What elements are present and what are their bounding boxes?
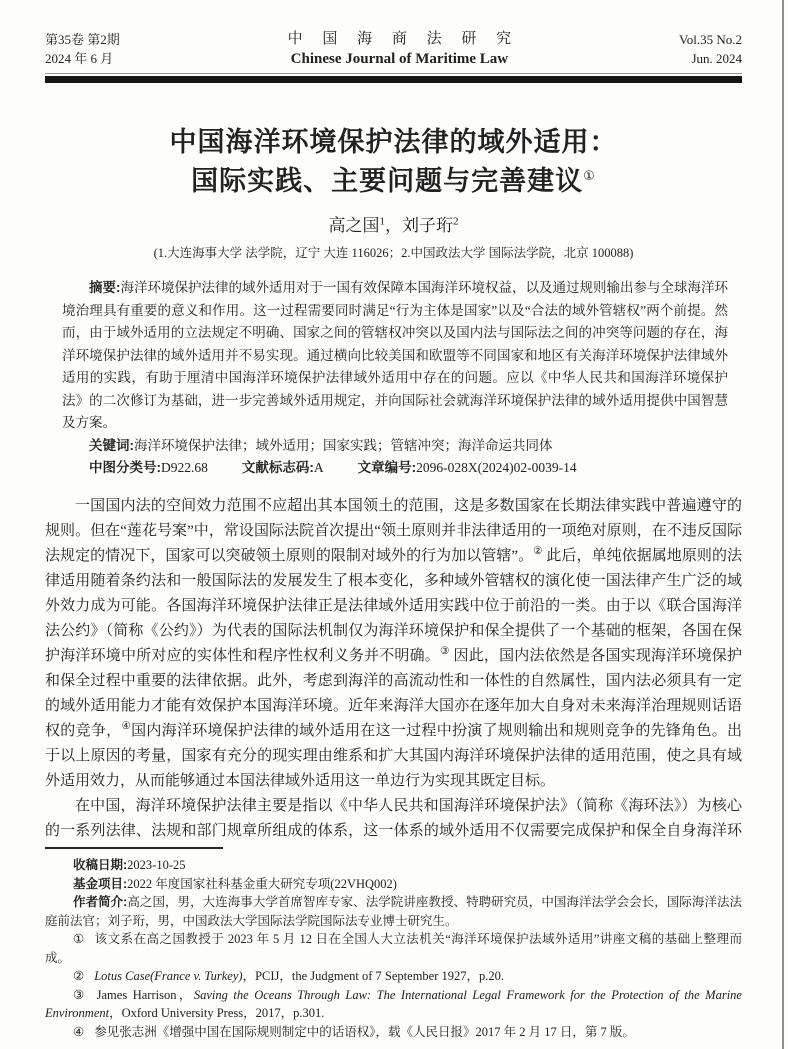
article-title-line1: 中国海洋环境保护法律的域外适用： <box>170 127 618 157</box>
received-date-line: 收稿日期:2023-10-25 <box>45 856 742 875</box>
received-date-value: 2023-10-25 <box>127 858 185 872</box>
keywords-line: 关键词:海洋环境保护法律；域外适用；国家实践；管辖冲突；海洋命运共同体 <box>62 435 728 458</box>
doc-code-label: 文献标志码: <box>242 460 314 475</box>
volume-line: 第35卷 第2期 <box>45 30 120 49</box>
author-bio-value: 高之国，男，大连海事大学首席智库专家、法学院讲座教授、特聘研究员，中国海洋法学会… <box>45 895 742 928</box>
authors-line: 高之国1，刘子珩2 <box>45 214 742 238</box>
footnote-separator <box>45 847 223 849</box>
journal-title-cn: 中 国 海 商 法 研 究 <box>280 30 520 49</box>
volume-issue-info-en: Vol.35 No.2 Jun. 2024 <box>679 30 742 68</box>
scan-edge-line <box>782 0 784 1049</box>
author-name: 刘子珩 <box>402 216 453 235</box>
author-affil-superscript: 2 <box>453 215 459 227</box>
footnote-ref-2: ② <box>533 546 542 557</box>
volume-line-en: Vol.35 No.2 <box>679 30 742 49</box>
clc-label: 中图分类号: <box>89 460 161 475</box>
abstract-label: 摘要: <box>89 280 121 295</box>
article-no-label: 文章编号: <box>358 460 417 475</box>
journal-header: 第35卷 第2期 2024 年 6 月 中 国 海 商 法 研 究 Chines… <box>45 30 742 69</box>
journal-title-block: 中 国 海 商 法 研 究 Chinese Journal of Maritim… <box>280 30 520 69</box>
footnote-text: ，Oxford University Press，2017，p.301. <box>109 1006 324 1020</box>
footnote-italic-text: Lotus Case(France v. Turkey) <box>94 969 242 983</box>
author-bio-label: 作者简介: <box>73 895 127 909</box>
footnote-ref-3: ③ <box>440 646 450 657</box>
footnote-text: 该文系在高之国教授于 2023 年 5 月 12 日在全国人大立法机关“海洋环境… <box>45 932 742 965</box>
footnotes: 收稿日期:2023-10-25 基金项目:2022 年度国家社科基金重大研究专项… <box>45 856 742 1041</box>
article-title-line2: 国际实践、主要问题与完善建议 <box>191 166 583 196</box>
footnote-number: ④ <box>73 1025 84 1039</box>
abstract-text: 海洋环境保护法律的域外适用对于一国有效保障本国海洋环境权益，以及通过规则输出参与… <box>62 280 728 430</box>
footnote-number: ② <box>73 969 84 983</box>
date-line-en: Jun. 2024 <box>679 49 742 68</box>
received-date-label: 收稿日期: <box>73 858 127 872</box>
footnote-number: ③ <box>73 988 87 1002</box>
body-paragraph: 一国国内法的空间效力范围不应超出其本国领土的范围，这是多数国家在长期法律实践中普… <box>45 494 742 794</box>
author-bio-line: 作者简介:高之国，男，大连海事大学首席智库专家、法学院讲座教授、特聘研究员，中国… <box>45 893 742 930</box>
body-text-segment: 国内海洋环境保护法律的域外适用在这一过程中扮演了规则输出和规则竞争的先锋角色。出… <box>45 723 742 789</box>
date-line-cn: 2024 年 6 月 <box>45 49 120 68</box>
body-text-segment: 此后，单纯依据属地原则的法律适用随着条约法和一般国际法的发展发生了根本变化，多种… <box>45 548 742 664</box>
volume-issue-info: 第35卷 第2期 2024 年 6 月 <box>45 30 120 68</box>
title-footnote-mark: ① <box>583 168 596 183</box>
fund-project-value: 2022 年度国家社科基金重大研究专项(22VHQ002) <box>127 877 397 891</box>
classification-line: 中图分类号:D922.68文献标志码:A文章编号:2096-028X(2024)… <box>62 457 728 480</box>
abstract-section: 摘要:海洋环境保护法律的域外适用对于一国有效保障本国海洋环境权益，以及通过规则输… <box>62 277 728 480</box>
fund-project-label: 基金项目: <box>73 877 127 891</box>
journal-page: 第35卷 第2期 2024 年 6 月 中 国 海 商 法 研 究 Chines… <box>0 0 788 1049</box>
footnote-number: ① <box>73 932 85 946</box>
keywords-text: 海洋环境保护法律；域外适用；国家实践；管辖冲突；海洋命运共同体 <box>134 438 553 453</box>
author-separator: ， <box>385 216 402 235</box>
clc-value: D922.68 <box>161 460 208 475</box>
abstract-paragraph: 摘要:海洋环境保护法律的域外适用对于一国有效保障本国海洋环境权益，以及通过规则输… <box>62 277 728 435</box>
doc-code-value: A <box>314 460 324 475</box>
keywords-label: 关键词: <box>89 438 134 453</box>
footnote-text: 参见张志洲《增强中国在国际规则制定中的话语权》，载《人民日报》2017 年 2 … <box>94 1025 635 1039</box>
footnote-text: James Harrison， <box>97 988 194 1002</box>
footnote-text: ，PCIJ，the Judgment of 7 September 1927，p… <box>243 969 504 983</box>
header-rule <box>45 76 742 83</box>
header-thin-rule <box>45 73 742 74</box>
footnote-item: ②Lotus Case(France v. Turkey)，PCIJ，the J… <box>45 967 742 986</box>
footnote-item: ③James Harrison，Saving the Oceans Throug… <box>45 986 742 1023</box>
author-name: 高之国 <box>329 216 380 235</box>
footnote-item: ④参见张志洲《增强中国在国际规则制定中的话语权》，载《人民日报》2017 年 2… <box>45 1023 742 1042</box>
article-no-value: 2096-028X(2024)02-0039-14 <box>416 460 576 475</box>
article-title: 中国海洋环境保护法律的域外适用： 国际实践、主要问题与完善建议① <box>45 123 742 201</box>
footnote-item: ①该文系在高之国教授于 2023 年 5 月 12 日在全国人大立法机关“海洋环… <box>45 930 742 967</box>
affiliation-line: (1.大连海事大学 法学院，辽宁 大连 116026；2.中国政法大学 国际法学… <box>45 244 742 262</box>
footnote-block: 收稿日期:2023-10-25 基金项目:2022 年度国家社科基金重大研究专项… <box>45 847 742 1041</box>
fund-project-line: 基金项目:2022 年度国家社科基金重大研究专项(22VHQ002) <box>45 875 742 894</box>
journal-title-en: Chinese Journal of Maritime Law <box>280 49 520 69</box>
footnote-ref-4: ④ <box>121 721 131 732</box>
